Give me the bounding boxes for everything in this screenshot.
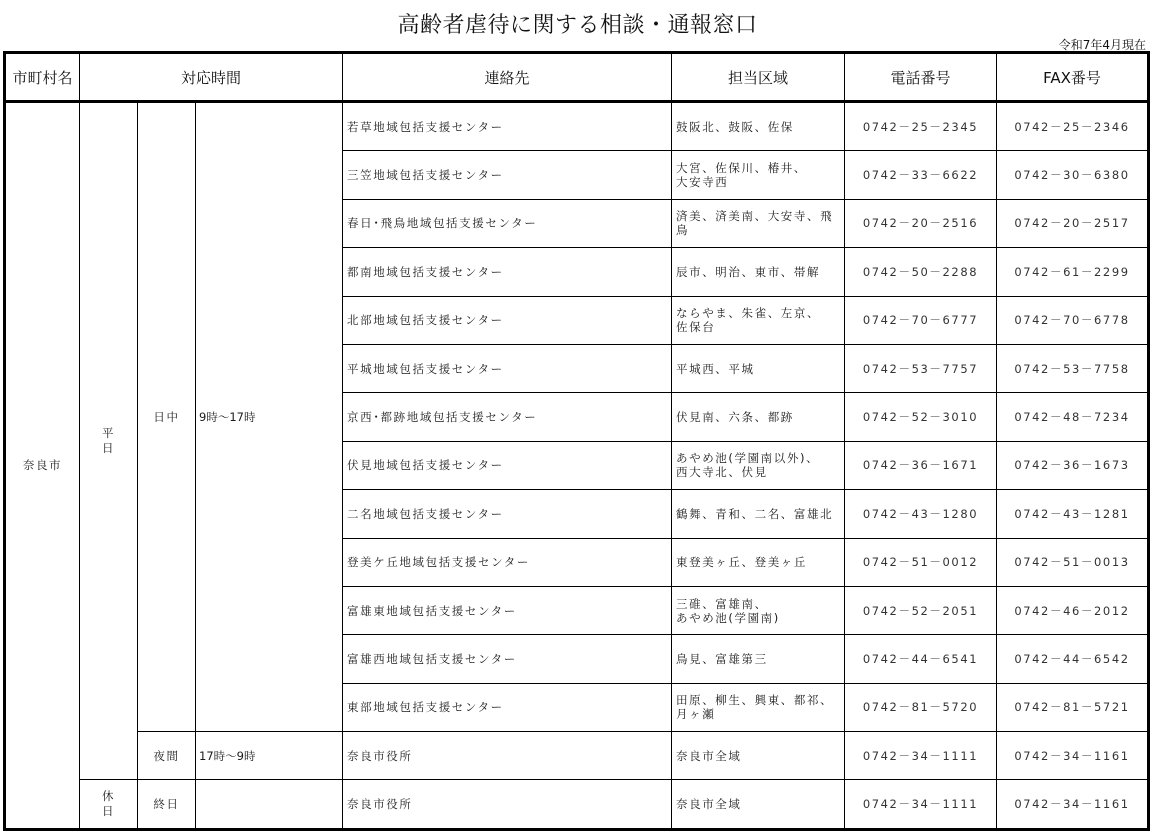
fax-cell: 0742－25－2346	[997, 102, 1149, 151]
fax-cell: 0742－34－1161	[997, 780, 1149, 829]
weekday-label-1: 平	[102, 426, 115, 440]
holiday-label-1: 休	[102, 789, 115, 803]
header-phone: 電話番号	[845, 53, 997, 102]
contact-cell: 北部地域包括支援センター	[343, 296, 672, 344]
fax-cell: 0742－20－2517	[997, 199, 1149, 247]
phone-cell: 0742－20－2516	[845, 199, 997, 247]
table-row-night: 夜間 17時～9時 奈良市役所 奈良市全域 0742－34－1111 0742－…	[5, 732, 1149, 780]
contact-cell: 登美ケ丘地域包括支援センター	[343, 538, 672, 586]
contact-cell: 奈良市役所	[343, 780, 672, 829]
header-municipality: 市町村名	[5, 53, 80, 102]
phone-cell: 0742－34－1111	[845, 780, 997, 829]
area-cell: あやめ池(学園南以外)、西大寺北、伏見	[672, 441, 845, 489]
phone-cell: 0742－33－6622	[845, 151, 997, 199]
phone-cell: 0742－25－2345	[845, 102, 997, 151]
fax-cell: 0742－48－7234	[997, 393, 1149, 441]
phone-cell: 0742－52－2051	[845, 586, 997, 634]
contact-cell: 都南地域包括支援センター	[343, 248, 672, 296]
area-cell: 東登美ヶ丘、登美ヶ丘	[672, 538, 845, 586]
phone-cell: 0742－52－3010	[845, 393, 997, 441]
contact-cell: 奈良市役所	[343, 732, 672, 780]
contact-cell: 伏見地域包括支援センター	[343, 441, 672, 489]
area-cell: 三碓、富雄南、あやめ池(学園南)	[672, 586, 845, 634]
table-row: 奈良市 平日 日中 9時～17時 若草地域包括支援センター 鼓阪北、鼓阪、佐保 …	[5, 102, 1149, 151]
area-cell: 伏見南、六条、都跡	[672, 393, 845, 441]
area-cell: ならやま、朱雀、左京、佐保台	[672, 296, 845, 344]
contact-cell: 東部地域包括支援センター	[343, 683, 672, 731]
area-cell: 鶴舞、青和、二名、富雄北	[672, 490, 845, 538]
phone-cell: 0742－81－5720	[845, 683, 997, 731]
contact-cell: 富雄西地域包括支援センター	[343, 635, 672, 683]
phone-cell: 0742－53－7757	[845, 344, 997, 392]
area-cell: 鼓阪北、鼓阪、佐保	[672, 102, 845, 151]
header-row: 市町村名 対応時間 連絡先 担当区域 電話番号 FAX番号	[5, 53, 1149, 102]
area-cell: 鳥見、富雄第三	[672, 635, 845, 683]
header-area: 担当区域	[672, 53, 845, 102]
header-fax: FAX番号	[997, 53, 1149, 102]
weekday-cell: 平日	[80, 102, 138, 780]
fax-cell: 0742－36－1673	[997, 441, 1149, 489]
contact-cell: 若草地域包括支援センター	[343, 102, 672, 151]
contact-cell: 春日･飛鳥地域包括支援センター	[343, 199, 672, 247]
contact-cell: 平城地域包括支援センター	[343, 344, 672, 392]
contact-cell: 京西･都跡地域包括支援センター	[343, 393, 672, 441]
municipality-name: 奈良市	[23, 458, 62, 472]
weekday-label-2: 日	[102, 441, 115, 455]
contact-cell: 三笠地域包括支援センター	[343, 151, 672, 199]
phone-cell: 0742－51－0012	[845, 538, 997, 586]
phone-cell: 0742－43－1280	[845, 490, 997, 538]
header-contact: 連絡先	[343, 53, 672, 102]
table-row-holiday: 休日 終日 奈良市役所 奈良市全域 0742－34－1111 0742－34－1…	[5, 780, 1149, 829]
phone-cell: 0742－44－6541	[845, 635, 997, 683]
fax-cell: 0742－51－0013	[997, 538, 1149, 586]
area-cell: 奈良市全域	[672, 732, 845, 780]
fax-cell: 0742－81－5721	[997, 683, 1149, 731]
phone-cell: 0742－34－1111	[845, 732, 997, 780]
consultation-table: 市町村名 対応時間 連絡先 担当区域 電話番号 FAX番号 奈良市 平日 日中 …	[3, 51, 1150, 831]
fax-cell: 0742－70－6778	[997, 296, 1149, 344]
area-cell: 辰市、明治、東市、帯解	[672, 248, 845, 296]
allday-hours-cell	[196, 780, 343, 829]
night-cell: 夜間	[138, 732, 196, 780]
fax-cell: 0742－30－6380	[997, 151, 1149, 199]
phone-cell: 0742－36－1671	[845, 441, 997, 489]
fax-cell: 0742－46－2012	[997, 586, 1149, 634]
area-cell: 大宮、佐保川、椿井、大安寺西	[672, 151, 845, 199]
document-title: 高齢者虐待に関する相談・通報窓口	[0, 8, 1155, 39]
phone-cell: 0742－70－6777	[845, 296, 997, 344]
holiday-label-2: 日	[102, 804, 115, 818]
phone-cell: 0742－50－2288	[845, 248, 997, 296]
daytime-cell: 日中	[138, 102, 196, 732]
fax-cell: 0742－44－6542	[997, 635, 1149, 683]
area-cell: 田原、柳生、興東、都祁、月ヶ瀬	[672, 683, 845, 731]
holiday-cell: 休日	[80, 780, 138, 829]
municipality-cell: 奈良市	[5, 102, 80, 830]
fax-cell: 0742－61－2299	[997, 248, 1149, 296]
fax-cell: 0742－43－1281	[997, 490, 1149, 538]
area-cell: 済美、済美南、大安寺、飛鳥	[672, 199, 845, 247]
night-hours-cell: 17時～9時	[196, 732, 343, 780]
fax-cell: 0742－34－1161	[997, 732, 1149, 780]
area-cell: 奈良市全域	[672, 780, 845, 829]
daytime-hours-cell: 9時～17時	[196, 102, 343, 732]
contact-cell: 二名地域包括支援センター	[343, 490, 672, 538]
area-cell: 平城西、平城	[672, 344, 845, 392]
fax-cell: 0742－53－7758	[997, 344, 1149, 392]
allday-cell: 終日	[138, 780, 196, 829]
header-hours: 対応時間	[80, 53, 343, 102]
contact-cell: 富雄東地域包括支援センター	[343, 586, 672, 634]
